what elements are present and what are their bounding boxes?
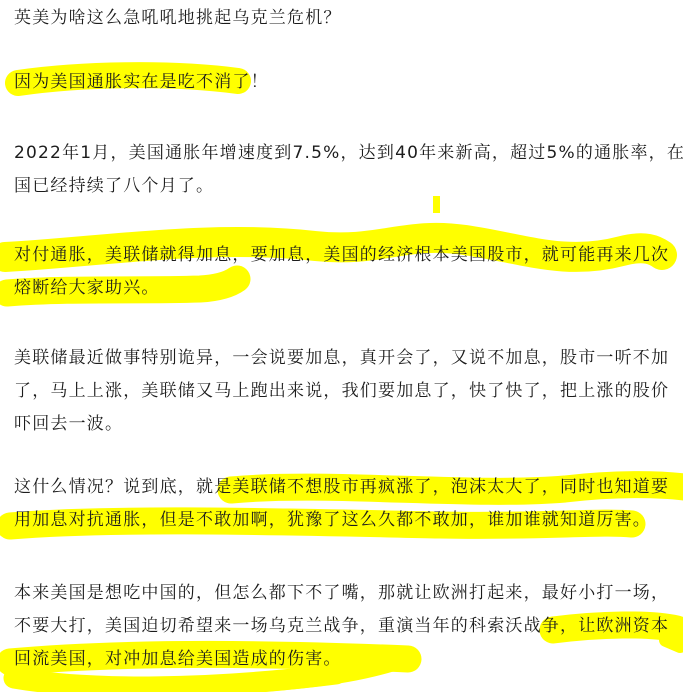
text-line: 这什么情况？说到底，就是美联储不想股市再疯涨了，泡沫太大了，同时也知道要 (14, 471, 676, 504)
text-line: 对付通胀，美联储就得加息，要加息，美国的经济根本美国股市，就可能再来几次 (14, 239, 676, 272)
paragraph-3: 2022年1月，美国通胀年增速度到7.5%，达到40年来新高，超过5%的通胀率，… (14, 137, 676, 203)
paragraph-4: 对付通胀，美联储就得加息，要加息，美国的经济根本美国股市，就可能再来几次 熔断给… (14, 239, 676, 305)
text-line: 回流美国，对冲加息给美国造成的伤害。 (14, 643, 676, 676)
text-line: 了，马上上涨，美联储又马上跑出来说，我们要加息了，快了快了，把上涨的股价 (14, 375, 676, 408)
paragraph-1: 英美为啥这么急吼吼地挑起乌克兰危机？ (14, 2, 676, 35)
text-line: 2022年1月，美国通胀年增速度到7.5%，达到40年来新高，超过5%的通胀率，… (14, 137, 676, 170)
paragraph-6: 这什么情况？说到底，就是美联储不想股市再疯涨了，泡沫太大了，同时也知道要 用加息… (14, 471, 676, 537)
text-line: 因为美国通胀实在是吃不消了！ (14, 66, 676, 99)
text-line: 本来美国是想吃中国的，但怎么都下不了嘴，那就让欧洲打起来，最好小打一场， (14, 577, 676, 610)
text-line: 英美为啥这么急吼吼地挑起乌克兰危机？ (14, 2, 676, 35)
text-line: 国已经持续了八个月了。 (14, 170, 676, 203)
paragraph-7: 本来美国是想吃中国的，但怎么都下不了嘴，那就让欧洲打起来，最好小打一场， 不要大… (14, 577, 676, 676)
article-page: 英美为啥这么急吼吼地挑起乌克兰危机？ 因为美国通胀实在是吃不消了！ 2022年1… (0, 0, 683, 692)
text-line: 熔断给大家助兴。 (14, 272, 676, 305)
text-line: 美联储最近做事特别诡异，一会说要加息，真开会了，又说不加息，股市一听不加 (14, 342, 676, 375)
paragraph-5: 美联储最近做事特别诡异，一会说要加息，真开会了，又说不加息，股市一听不加 了，马… (14, 342, 676, 441)
paragraph-2: 因为美国通胀实在是吃不消了！ (14, 66, 676, 99)
text-line: 不要大打，美国迫切希望来一场乌克兰战争，重演当年的科索沃战争，让欧洲资本 (14, 610, 676, 643)
text-line: 用加息对抗通胀，但是不敢加啊，犹豫了这么久都不敢加，谁加谁就知道厉害。 (14, 504, 676, 537)
text-line: 吓回去一波。 (14, 408, 676, 441)
